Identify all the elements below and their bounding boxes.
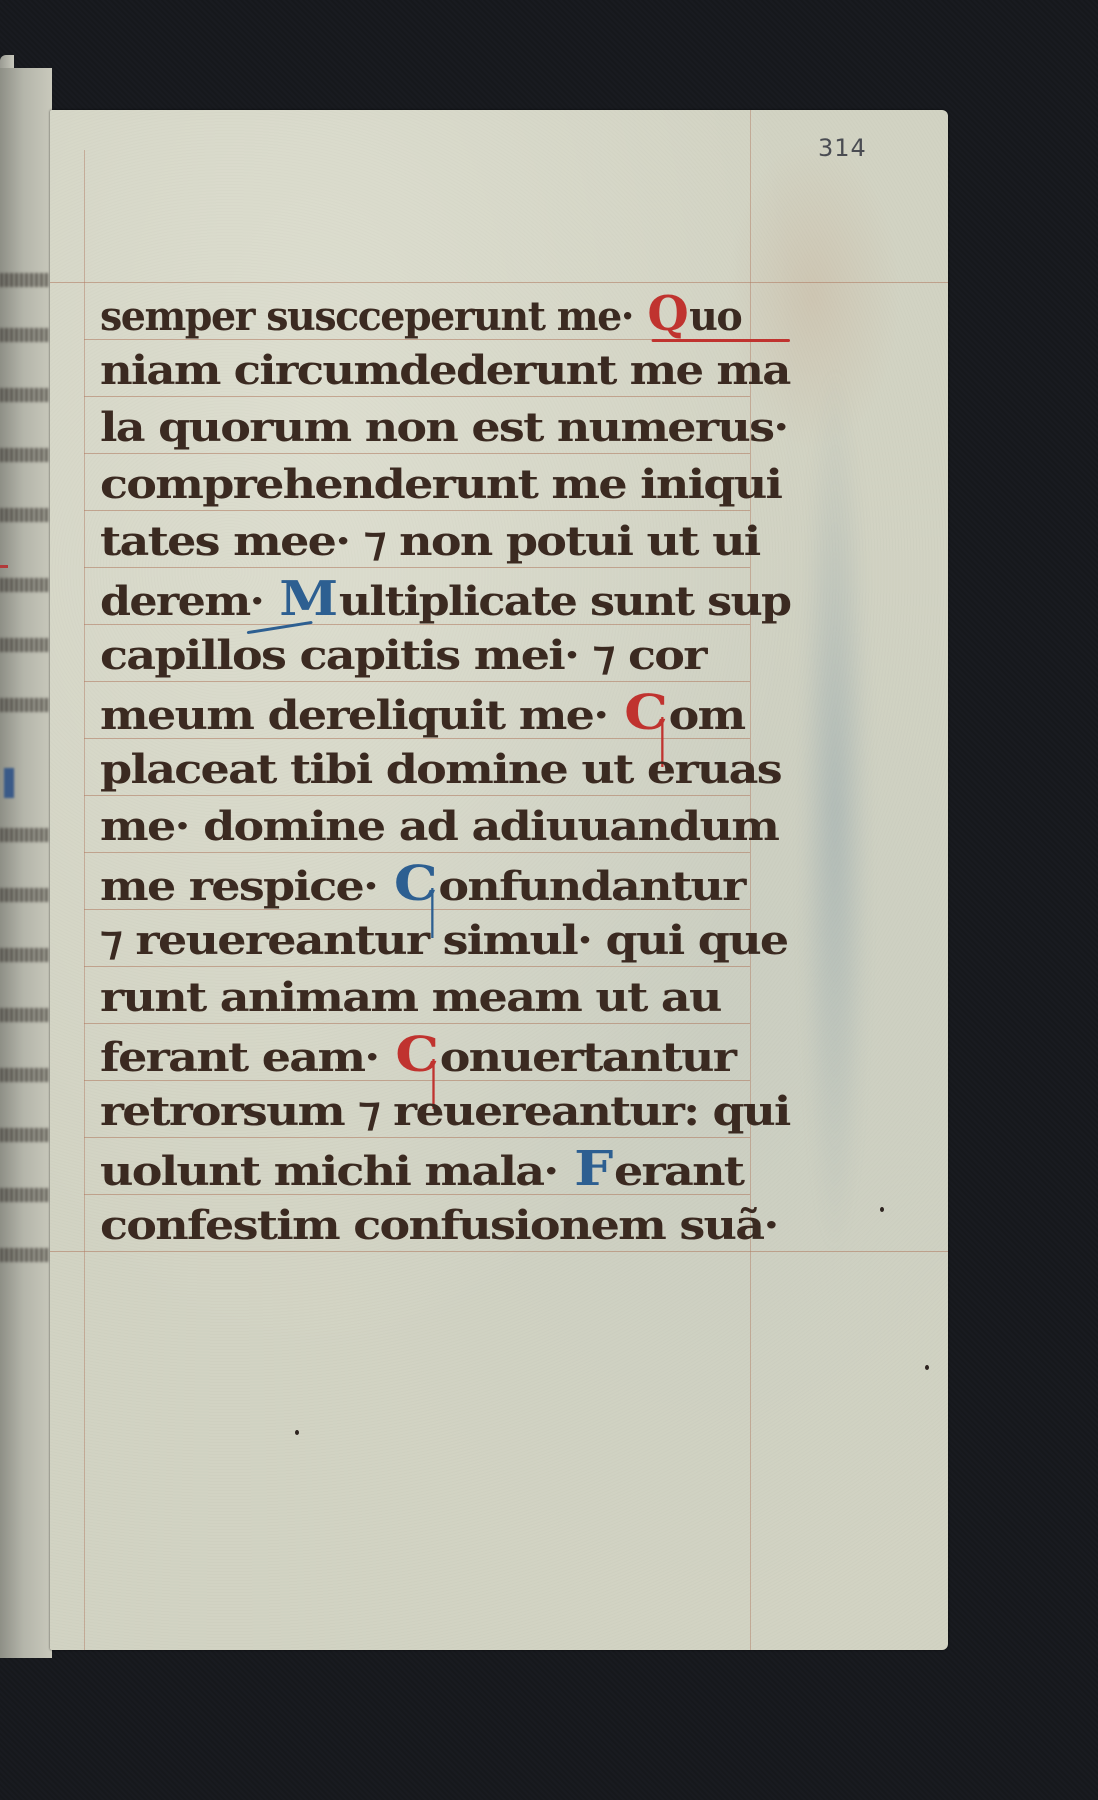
text-line-15: retrorsum ⁊ reuereantur: qui [100, 1088, 790, 1145]
blue-initial-c: C [394, 860, 436, 908]
text-line-2: niam circumdederunt me ma [100, 347, 790, 404]
previous-leaf-text-line [0, 578, 48, 592]
line-text: onuertantur [440, 1034, 736, 1081]
text-line-3: la quorum non est numerus· [100, 404, 788, 461]
ink-speck [880, 1207, 884, 1212]
text-line-13: runt animam meam ut au [100, 974, 721, 1031]
previous-leaf [0, 68, 52, 1658]
text-line-1: semper suscceperunt me· Quo [100, 290, 741, 347]
line-text: onfundantur [438, 863, 744, 910]
text-line-12: ⁊ reuereantur simul· qui que [100, 917, 787, 974]
text-line-6: derem· Multiplicate sunt sup [100, 575, 790, 632]
line-text: ferant eam· [100, 1034, 379, 1081]
line-text: ultiplicate sunt sup [339, 578, 791, 625]
line-text: derem· [100, 578, 263, 625]
previous-leaf-text-line [0, 698, 48, 712]
previous-leaf-text-line [0, 508, 48, 522]
blue-initial-m: M [279, 575, 336, 623]
parchment-stain [800, 360, 870, 1260]
text-line-5: tates mee· ⁊ non potui ut ui [100, 518, 760, 575]
text-line-14: ferant eam· Conuertantur [100, 1031, 735, 1088]
line-text: om [669, 692, 745, 739]
ruling-line-left [84, 150, 85, 1650]
blue-initial-f: F [574, 1145, 611, 1193]
previous-leaf-text-line [0, 1068, 48, 1082]
previous-leaf-text-line [0, 828, 48, 842]
text-line-16: uolunt michi mala· Ferant [100, 1145, 743, 1202]
previous-leaf-text-line [0, 948, 48, 962]
text-line-4: comprehenderunt me iniqui [100, 461, 781, 518]
previous-leaf-rubric-mark [0, 565, 8, 568]
ruling-line-top [50, 282, 948, 283]
previous-leaf-text-line [0, 448, 48, 462]
line-text: me respice· [100, 863, 377, 910]
line-text: uo [689, 293, 741, 340]
previous-leaf-text-line [0, 1248, 48, 1262]
ink-speck [295, 1430, 299, 1435]
text-line-17: confestim confusionem suã· [100, 1202, 778, 1259]
text-line-7: capillos capitis mei· ⁊ cor [100, 632, 706, 689]
text-line-9: placeat tibi domine ut eruas [100, 746, 781, 803]
line-text: uolunt michi mala· [100, 1148, 558, 1195]
red-initial-q: Q [647, 290, 687, 338]
text-line-11: me respice· Confundantur [100, 860, 745, 917]
ink-speck [925, 1365, 929, 1370]
previous-leaf-text-line [0, 888, 48, 902]
red-initial-c: C [395, 1031, 437, 1079]
previous-leaf-text-line [0, 328, 48, 342]
previous-leaf-text-line [0, 1008, 48, 1022]
line-text: semper suscceperunt me· [100, 293, 633, 340]
previous-leaf-text-line [0, 273, 48, 287]
previous-leaf-blue-initial [4, 768, 14, 798]
previous-leaf-text-line [0, 1128, 48, 1142]
folio-number: 314 [818, 134, 867, 162]
previous-leaf-text-line [0, 388, 48, 402]
previous-leaf-text-line [0, 638, 48, 652]
line-text: erant [614, 1148, 743, 1195]
line-text: meum dereliquit me· [100, 692, 607, 739]
text-line-10: me· domine ad adiuuandum [100, 803, 778, 860]
previous-leaf-text-line [0, 1188, 48, 1202]
text-line-8: meum dereliquit me· Com [100, 689, 745, 746]
red-initial-c: C [624, 689, 666, 737]
